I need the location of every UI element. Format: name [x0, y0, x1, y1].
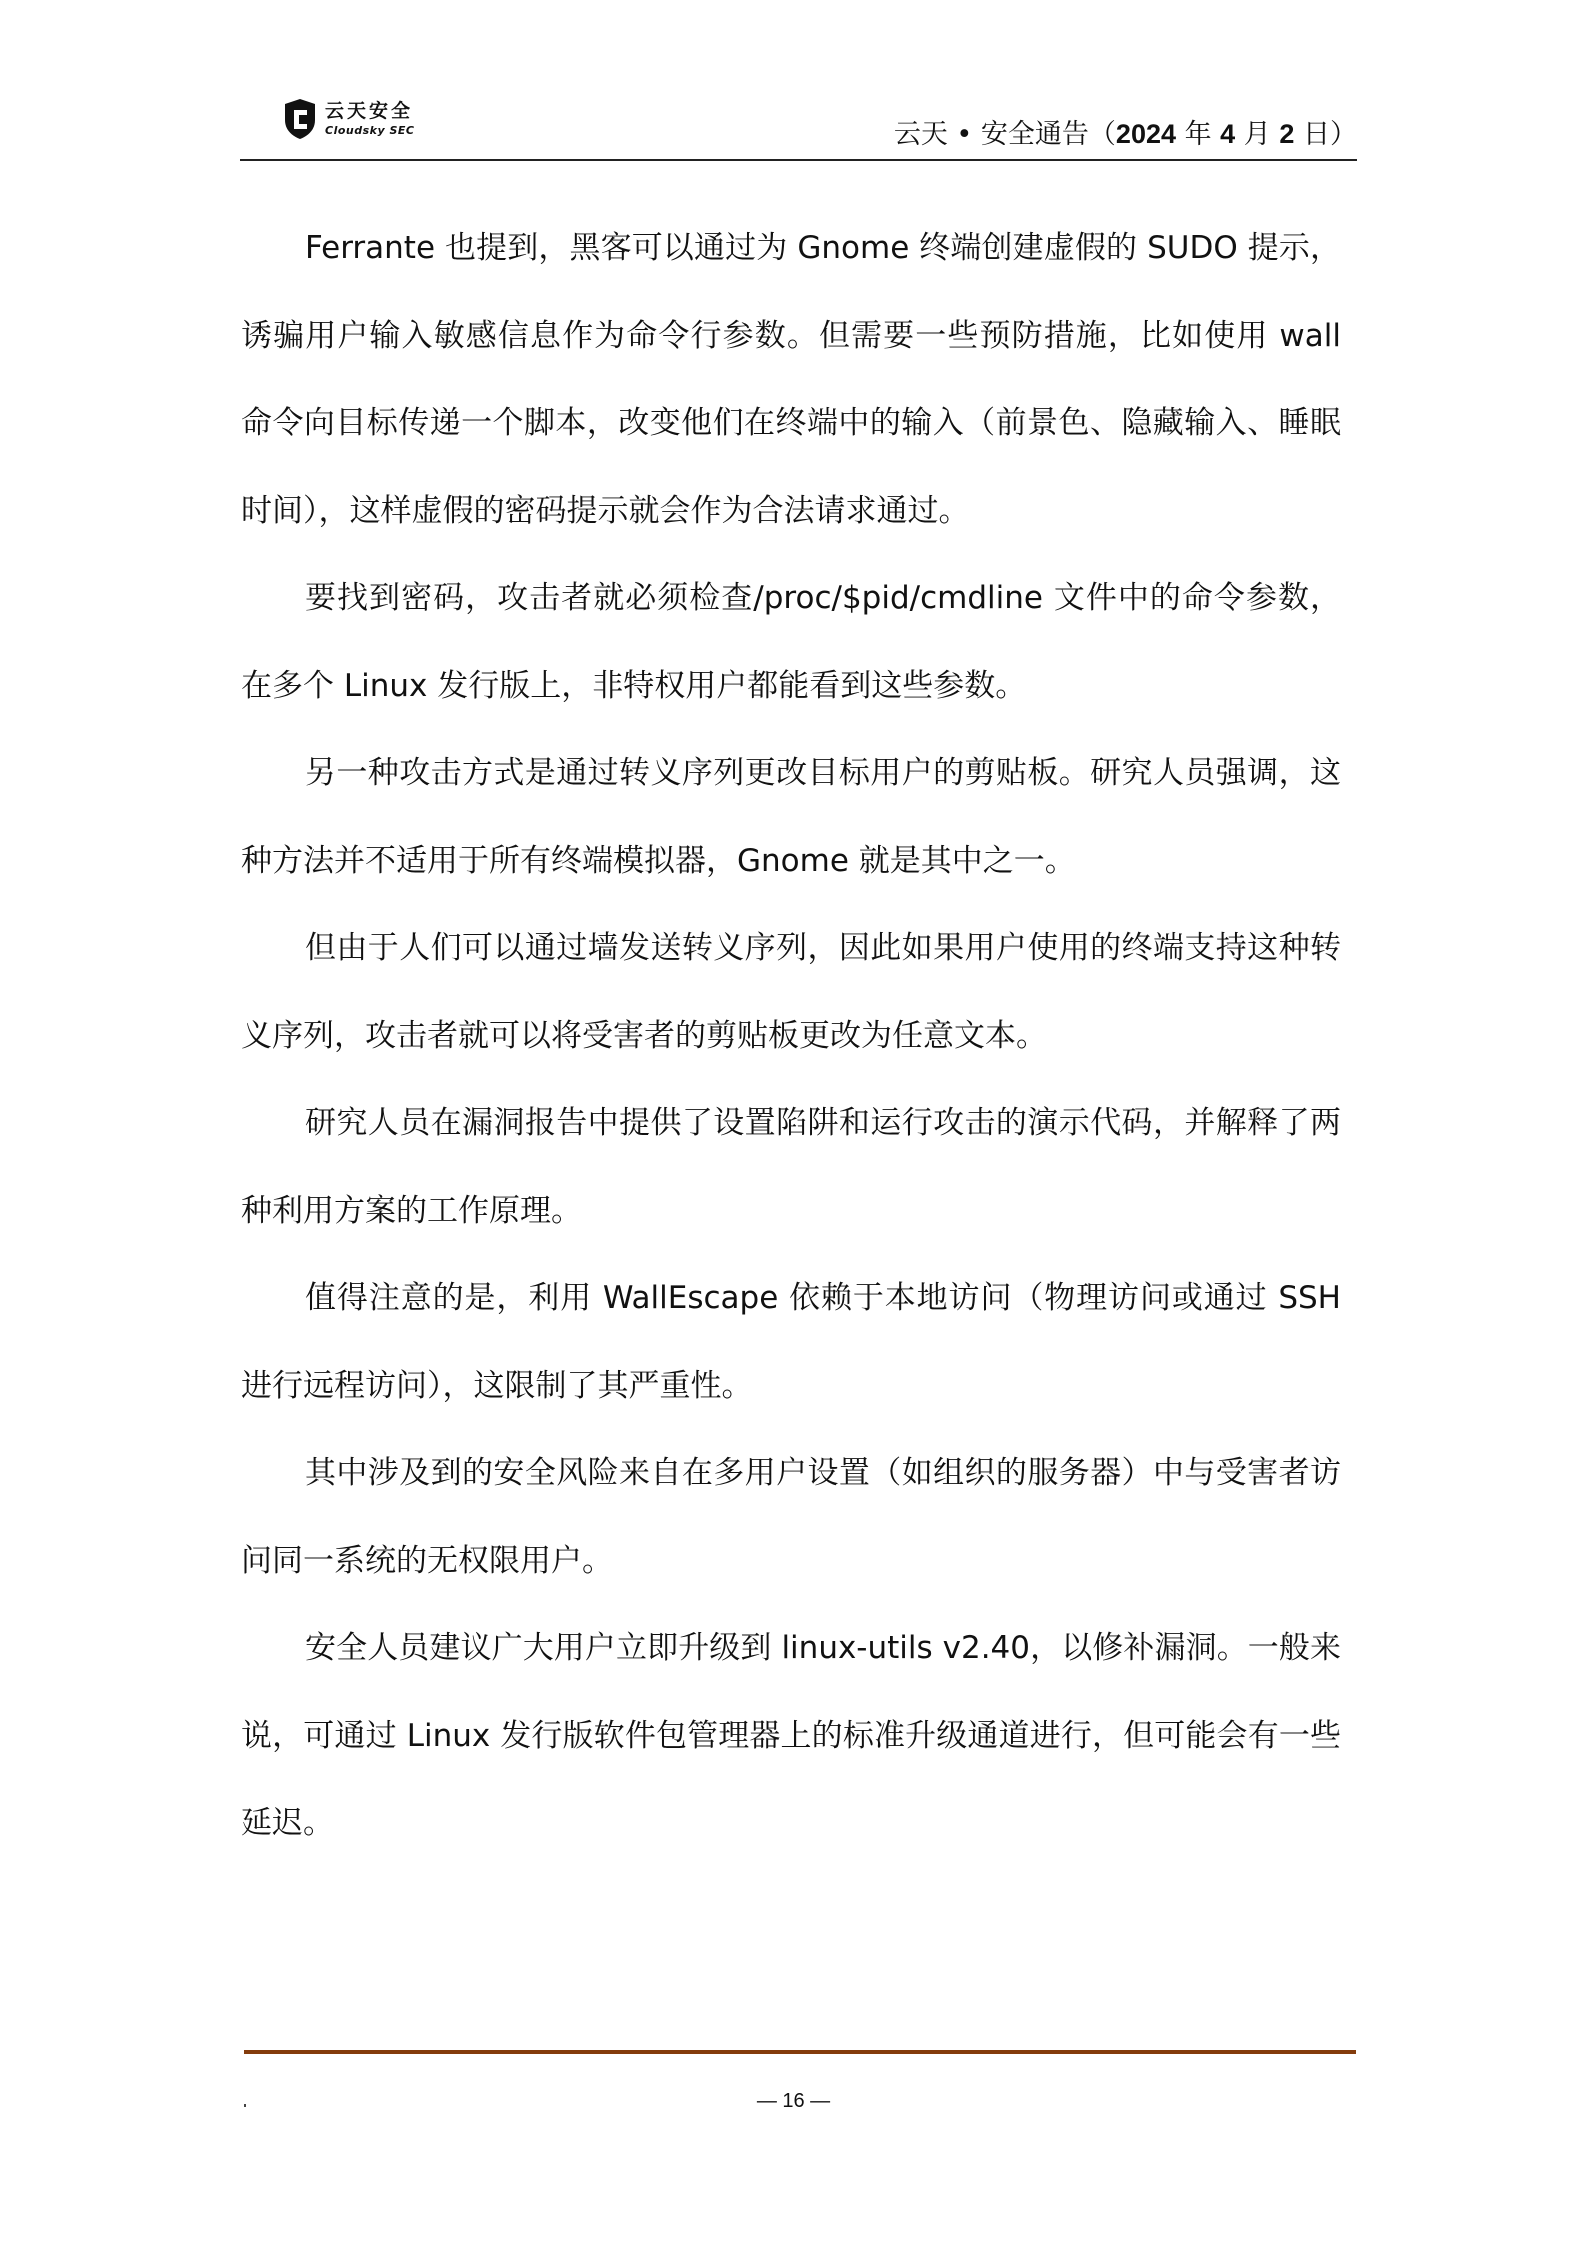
bulletin-title: 云天 • 安全通告（2024 年 4 月 2 日）	[894, 112, 1357, 151]
shield-c-icon	[283, 98, 317, 140]
year-unit: 年	[1176, 119, 1220, 150]
logo-name-cn: 云天安全	[325, 102, 414, 121]
bulletin-day: 2	[1279, 119, 1294, 149]
logo-name-en: Cloudsky SEC	[325, 125, 414, 136]
footer-divider	[244, 2050, 1356, 2054]
paragraph: 值得注意的是，利用 WallEscape 依赖于本地访问（物理访问或通过 SSH…	[241, 1255, 1341, 1430]
paragraph: 但由于人们可以通过墙发送转义序列，因此如果用户使用的终端支持这种转义序列，攻击者…	[241, 905, 1341, 1080]
bulletin-month: 4	[1220, 119, 1235, 149]
header-divider	[240, 159, 1357, 161]
paragraph: 另一种攻击方式是通过转义序列更改目标用户的剪贴板。研究人员强调，这种方法并不适用…	[241, 730, 1341, 905]
document-body: Ferrante 也提到，黑客可以通过为 Gnome 终端创建虚假的 SUDO …	[241, 205, 1341, 1868]
company-logo: 云天安全 Cloudsky SEC	[283, 98, 414, 140]
paragraph: Ferrante 也提到，黑客可以通过为 Gnome 终端创建虚假的 SUDO …	[241, 205, 1341, 555]
paragraph: 安全人员建议广大用户立即升级到 linux-utils v2.40，以修补漏洞。…	[241, 1605, 1341, 1868]
paragraph: 要找到密码，攻击者就必须检查/proc/$pid/cmdline 文件中的命令参…	[241, 555, 1341, 730]
bulletin-title-prefix: 云天 • 安全通告（	[894, 119, 1116, 150]
bulletin-year: 2024	[1116, 119, 1176, 149]
paragraph: 研究人员在漏洞报告中提供了设置陷阱和运行攻击的演示代码，并解释了两种利用方案的工…	[241, 1080, 1341, 1255]
day-unit: 日）	[1294, 119, 1357, 150]
page-number: — 16 —	[0, 2090, 1587, 2113]
paragraph: 其中涉及到的安全风险来自在多用户设置（如组织的服务器）中与受害者访问同一系统的无…	[241, 1430, 1341, 1605]
month-unit: 月	[1235, 119, 1279, 150]
